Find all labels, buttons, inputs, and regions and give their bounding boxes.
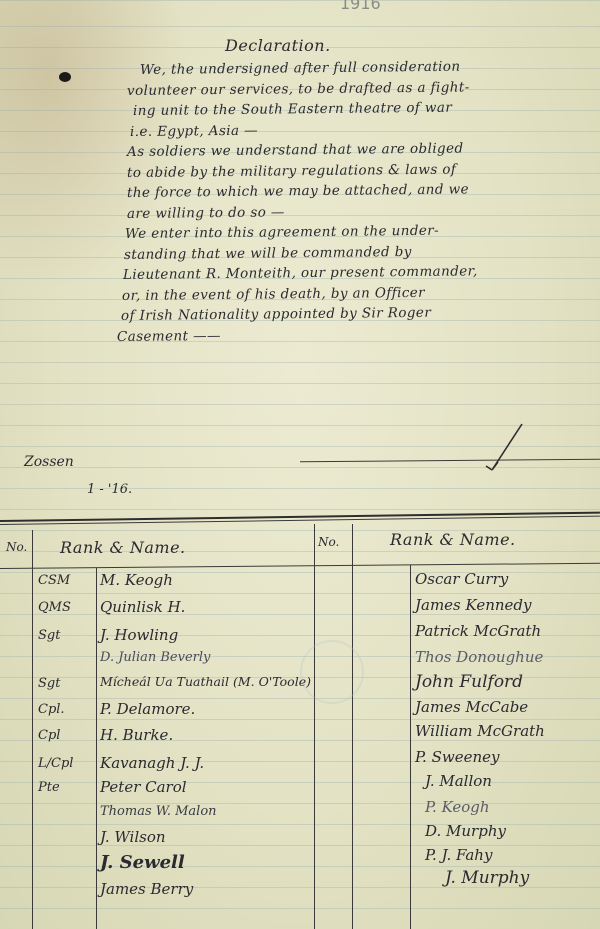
declaration-line: i.e. Egypt, Asia — [130,122,258,139]
signature-name: Oscar Curry [415,570,508,588]
signature-name: James Berry [100,880,193,898]
header-no-left: No. [6,540,27,554]
signature-name: P. Sweeney [415,748,499,766]
rank-cell: CSM [38,573,70,588]
signature-name: J. Wilson [100,828,166,846]
signature-name: James McCabe [415,698,528,716]
declaration-line: Lieutenant R. Monteith, our present comm… [123,263,478,283]
rank-cell: L/Cpl [38,756,73,771]
document-title: Declaration. [225,36,331,55]
signature-name: Thomas W. Malon [100,804,217,819]
signature-line [300,459,600,463]
column-divider [314,524,315,929]
signature-name: D. Julian Beverly [100,650,210,665]
rank-cell: Cpl [38,728,60,743]
declaration-line: or, in the event of his death, by an Off… [122,284,425,303]
year-note: 1916 [340,0,381,13]
rank-cell: Pte [38,780,60,795]
signature-name: P. Delamore. [100,700,195,718]
header-no-right: No. [318,535,339,549]
document-page: 1916 Declaration. We, the undersigned af… [0,0,600,929]
declaration-line: are willing to do so — [127,204,285,222]
header-rank-name-left: Rank & Name. [60,538,186,557]
signature-name: James Kennedy [415,596,531,614]
signature-name: Patrick McGrath [415,622,541,640]
signature-name: William McGrath [415,722,545,740]
signature-name: P. Keogh [425,798,490,816]
declaration-line: volunteer our services, to be drafted as… [127,79,470,99]
signature-name: H. Burke. [100,726,173,744]
declaration-line: of Irish Nationality appointed by Sir Ro… [121,305,431,324]
signature-name: J. Murphy [445,868,529,888]
signature-name: D. Murphy [425,822,506,840]
declaration-line: As soldiers we understand that we are ob… [127,140,464,160]
signature-name: J. Howling [100,626,178,644]
column-divider [410,565,411,929]
rank-cell: QMS [38,600,71,615]
declaration-line: Casement —— [117,327,221,344]
header-rank-name-right: Rank & Name. [390,530,516,549]
signature-name: J. Sewell [100,852,185,873]
signature-name: M. Keogh [100,571,173,589]
rank-cell: Cpl. [38,702,65,717]
declaration-line: ing unit to the South Eastern theatre of… [133,100,452,119]
place-label: Zossen [24,454,74,470]
declaration-line: to abide by the military regulations & l… [127,161,456,180]
signature-mark-icon [478,422,528,474]
signature-name: P. J. Fahy [425,846,492,864]
column-divider [96,568,97,929]
signature-name: John Fulford [415,672,523,692]
faint-stamp [300,640,364,704]
declaration-line: the force to which we may be attached, a… [127,181,469,201]
signature-name: J. Mallon [425,772,492,790]
signature-name: Thos Donoughue [415,648,543,666]
column-divider [32,530,33,929]
table-header-divider [0,563,600,569]
column-divider [352,524,353,929]
declaration-line: We enter into this agreement on the unde… [125,223,439,242]
rank-cell: Sgt [38,628,60,643]
declaration-line: standing that we will be commanded by [124,243,412,262]
punch-hole [59,72,71,82]
date-label: 1 - '16. [87,482,132,497]
signature-name: Kavanagh J. J. [100,754,204,772]
rank-cell: Sgt [38,676,60,691]
signature-name: Quinlisk H. [100,598,185,616]
declaration-line: We, the undersigned after full considera… [140,59,461,78]
signature-name: Peter Carol [100,778,187,796]
signature-name: Mícheál Ua Tuathail (M. O'Toole) [100,674,311,689]
